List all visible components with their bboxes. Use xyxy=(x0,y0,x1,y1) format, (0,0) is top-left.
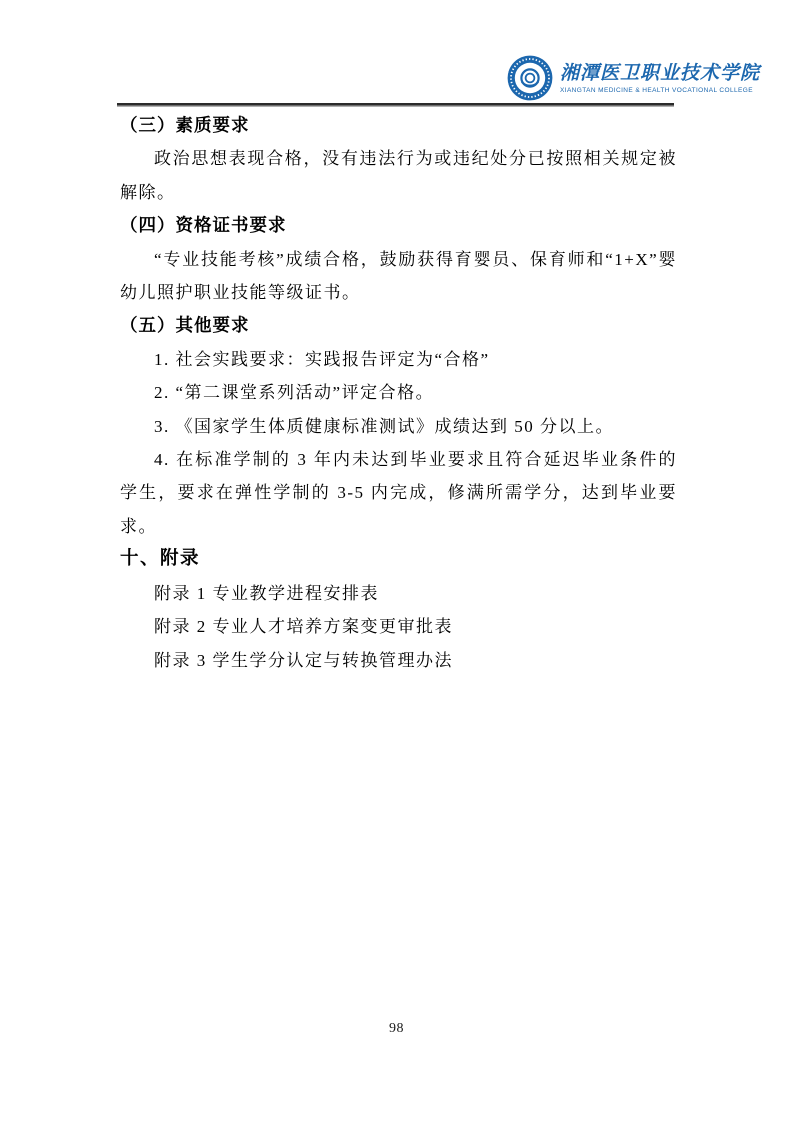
list-item-4: 4. 在标准学制的 3 年内未达到毕业要求且符合延迟毕业条件的学生，要求在弹性学… xyxy=(120,443,677,543)
section-heading-other: （五）其他要求 xyxy=(120,309,677,342)
section-heading-appendix: 十、附录 xyxy=(120,543,677,576)
document-page: 湘潭医卫职业技术学院 XIANGTAN MEDICINE & HEALTH VO… xyxy=(0,0,793,1122)
page-number: 98 xyxy=(0,1021,793,1037)
appendix-item-2: 附录 2 专业人才培养方案变更审批表 xyxy=(120,610,677,643)
paragraph-quality: 政治思想表现合格，没有违法行为或违纪处分已按照相关规定被解除。 xyxy=(120,142,677,209)
appendix-item-3: 附录 3 学生学分认定与转换管理办法 xyxy=(120,644,677,677)
college-logo-text: 湘潭医卫职业技术学院 XIANGTAN MEDICINE & HEALTH VO… xyxy=(560,62,760,95)
list-item-1: 1. 社会实践要求：实践报告评定为“合格” xyxy=(120,343,677,376)
paragraph-certificates: “专业技能考核”成绩合格，鼓励获得育婴员、保育师和“1+X”婴幼儿照护职业技能等… xyxy=(120,243,677,310)
college-name-zh: 湘潭医卫职业技术学院 xyxy=(560,62,760,86)
college-logo: 湘潭医卫职业技术学院 XIANGTAN MEDICINE & HEALTH VO… xyxy=(507,55,760,101)
section-heading-certificates: （四）资格证书要求 xyxy=(120,209,677,242)
list-item-2: 2. “第二课堂系列活动”评定合格。 xyxy=(120,376,677,409)
document-body: （三）素质要求 政治思想表现合格，没有违法行为或违纪处分已按照相关规定被解除。 … xyxy=(120,109,677,677)
section-heading-quality: （三）素质要求 xyxy=(120,109,677,142)
appendix-item-1: 附录 1 专业教学进程安排表 xyxy=(120,577,677,610)
list-item-3: 3. 《国家学生体质健康标准测试》成绩达到 50 分以上。 xyxy=(120,410,677,443)
college-seal-icon xyxy=(507,55,553,101)
header-divider xyxy=(117,103,674,107)
college-name-en: XIANGTAN MEDICINE & HEALTH VOCATIONAL CO… xyxy=(560,86,760,95)
